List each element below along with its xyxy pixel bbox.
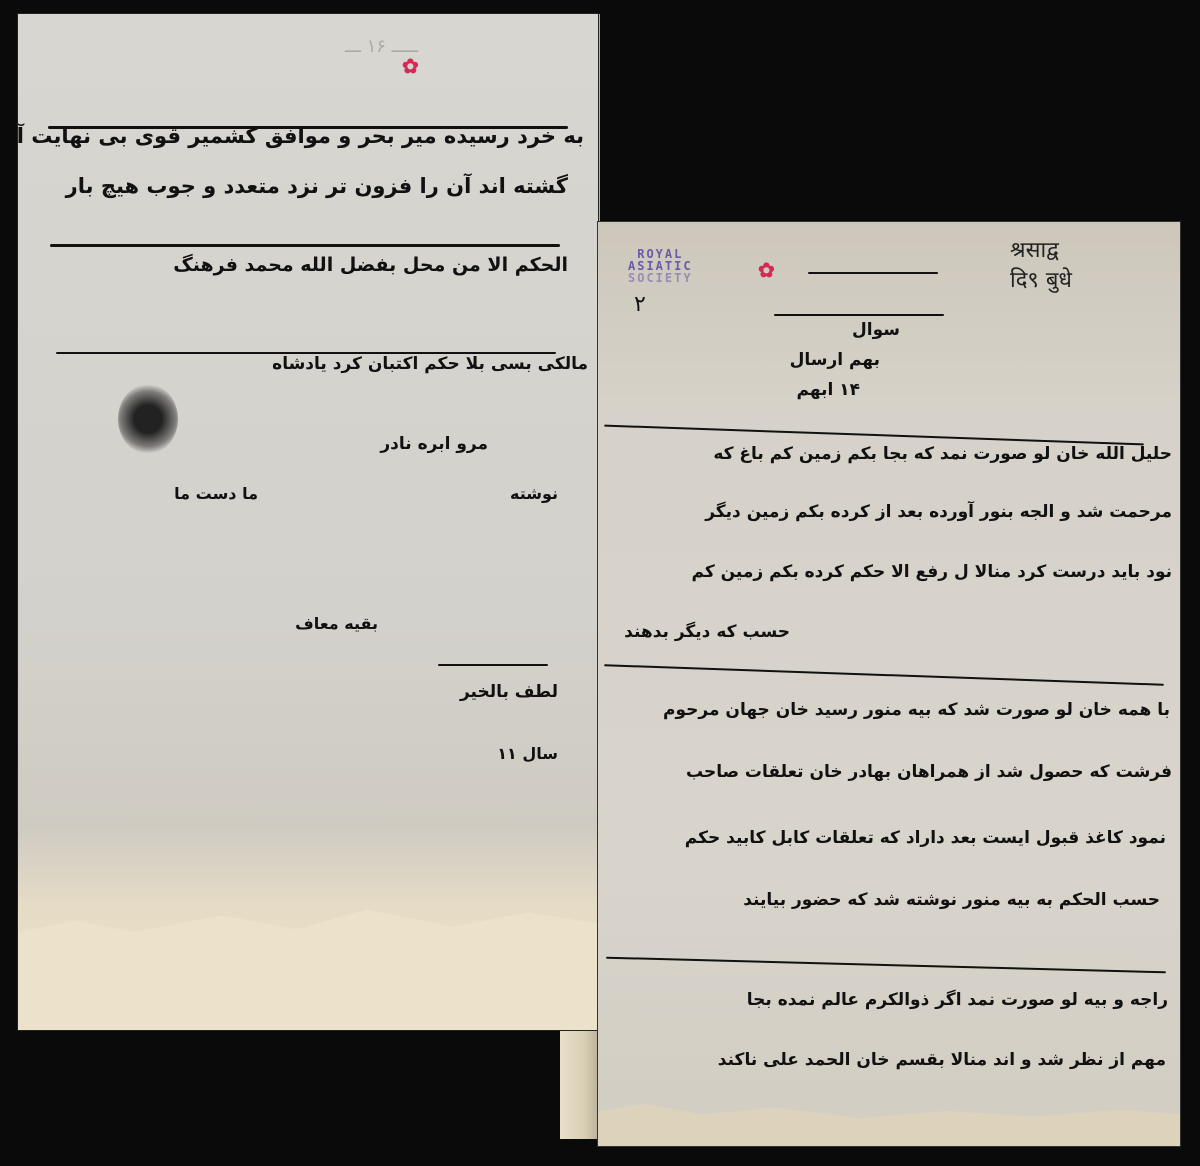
text-line-1: به خرد رسیده میر بحر و موافق کشمیر قوی ب…	[18, 124, 584, 148]
text-line-6: فرشت که حصول شد از همراهان بهادر خان تعل…	[686, 762, 1172, 782]
red-seal-mark: ✿	[758, 258, 775, 282]
text-line-1: حلیل الله خان لو صورت نمد که بجا بکم زمی…	[713, 444, 1172, 464]
header-line-2: بهم ارسال	[790, 350, 880, 370]
text-line-10: مهم از نظر شد و اند منالا بقسم خان الحمد…	[718, 1050, 1166, 1070]
text-line-7: ما دست ما	[174, 484, 258, 503]
header-line-3: ۱۴ ابهم	[797, 380, 860, 400]
text-line-8: بقیه معاف	[295, 614, 378, 633]
header-line-1: سوال	[852, 320, 900, 340]
text-line-4: مالکی بسی بلا حکم اکتبان کرد یادشاه	[272, 354, 588, 374]
ruled-line	[774, 314, 944, 316]
text-line-5: مرو ابره نادر	[380, 434, 488, 454]
torn-paper-edge	[598, 1076, 1180, 1146]
text-line-4: حسب که دیگر بدهند	[624, 622, 790, 642]
devanagari-note: श्रसाद्व दि९ बुधे	[1010, 236, 1072, 296]
devanagari-line-1: श्रसाद्व	[1010, 236, 1072, 266]
red-seal-mark: ✿	[402, 54, 419, 78]
ruled-line	[606, 957, 1166, 974]
ink-blot	[118, 384, 178, 454]
text-line-8: حسب الحکم به بیه منور نوشته شد که حضور ب…	[743, 890, 1160, 910]
text-line-9: لطف بالخیر	[460, 682, 558, 702]
text-line-9: راجه و بیه لو صورت نمد اگر ذوالکرم عالم …	[747, 990, 1168, 1010]
ruled-line	[438, 664, 548, 666]
text-line-2: مرحمت شد و الجه بنور آورده بعد از کرده ب…	[705, 502, 1172, 522]
ruled-line	[604, 664, 1164, 686]
devanagari-line-2: दि९ बुधे	[1010, 266, 1072, 296]
text-line-5: با همه خان لو صورت شد که بیه منور رسید خ…	[663, 700, 1170, 720]
ruled-line	[604, 425, 1144, 446]
text-line-3: الحکم الا من محل بفضل الله محمد فرهنگ	[173, 254, 568, 276]
royal-asiatic-society-stamp: ROYAL ASIATIC SOCIETY	[628, 248, 693, 284]
left-folio: ـــــ ۱۶ ـــ ✿ به خرد رسیده میر بحر و مو…	[18, 14, 598, 1030]
right-folio: ROYAL ASIATIC SOCIETY ✿ ۲ श्रसाद्व दि९ ब…	[598, 222, 1180, 1146]
text-line-6: نوشته	[510, 484, 558, 503]
stamp-line-3: SOCIETY	[628, 272, 693, 284]
text-line-10: سال ۱۱	[497, 744, 558, 763]
ruled-line	[50, 244, 560, 247]
folio-number: ۲	[634, 292, 646, 317]
torn-paper-edge	[18, 890, 598, 1030]
text-line-3: نود بايد درست کرد منالا ل رفع الا حکم کر…	[692, 562, 1173, 582]
ruled-line	[808, 272, 938, 274]
text-line-7: نمود کاغذ قبول ایست بعد داراد که تعلقات …	[685, 828, 1166, 848]
text-line-2: گشته اند آن را فزون تر نزد متعدد و جوب ه…	[66, 174, 568, 198]
